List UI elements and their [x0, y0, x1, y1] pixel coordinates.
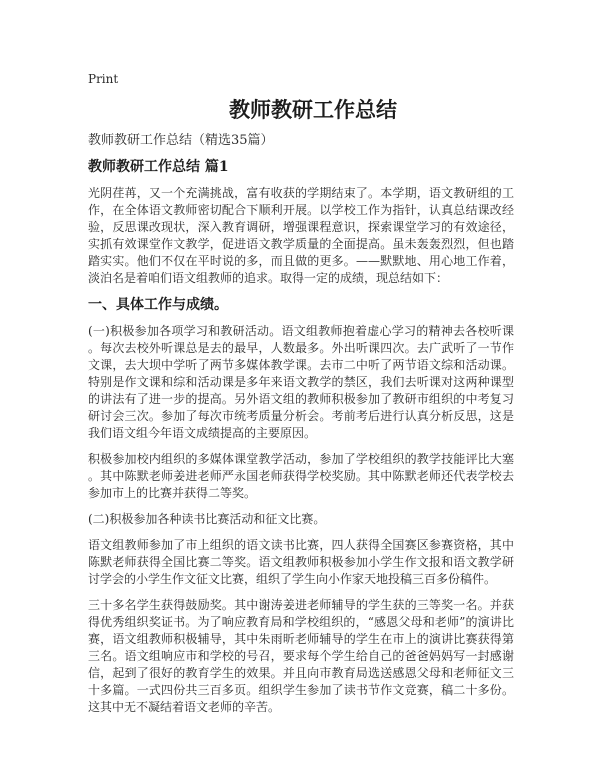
- paragraph-1: (一)积极参加各项学习和教研活动。语文组教师抱着虚心学习的精神去各校听课。每次去…: [88, 323, 514, 442]
- document-page: Print 教师教研工作总结 教师教研工作总结（精选35篇） 教师教研工作总结 …: [0, 0, 600, 776]
- paragraph-3-subheading: (二)积极参加各种读书比赛活动和征文比赛。: [88, 511, 514, 528]
- print-link[interactable]: Print: [88, 72, 118, 86]
- section-heading: 一、具体工作与成绩。: [88, 296, 514, 314]
- paragraph-2: 积极参加校内组织的多媒体课堂教学活动，参加了学校组织的教学技能评比大塞。其中陈默…: [88, 451, 514, 502]
- paragraph-4: 语文组教师参加了市上组织的语文读书比赛，四人获得全国赛区参赛资格，其中陈默老师获…: [88, 537, 514, 588]
- document-subtitle: 教师教研工作总结（精选35篇）: [88, 132, 514, 149]
- piece-heading: 教师教研工作总结 篇1: [88, 158, 514, 176]
- paragraph-5: 三十多名学生获得鼓励奖。其中谢涛姜进老师辅导的学生获的三等奖一名。并获得优秀组织…: [88, 597, 514, 716]
- document-body: 教师教研工作总结（精选35篇） 教师教研工作总结 篇1 光阴荏苒，又一个充满挑战…: [88, 132, 514, 716]
- intro-paragraph: 光阴荏苒，又一个充满挑战，富有收获的学期结束了。本学期，语文教研组的工作，在全体…: [88, 185, 514, 287]
- document-title: 教师教研工作总结: [0, 97, 600, 123]
